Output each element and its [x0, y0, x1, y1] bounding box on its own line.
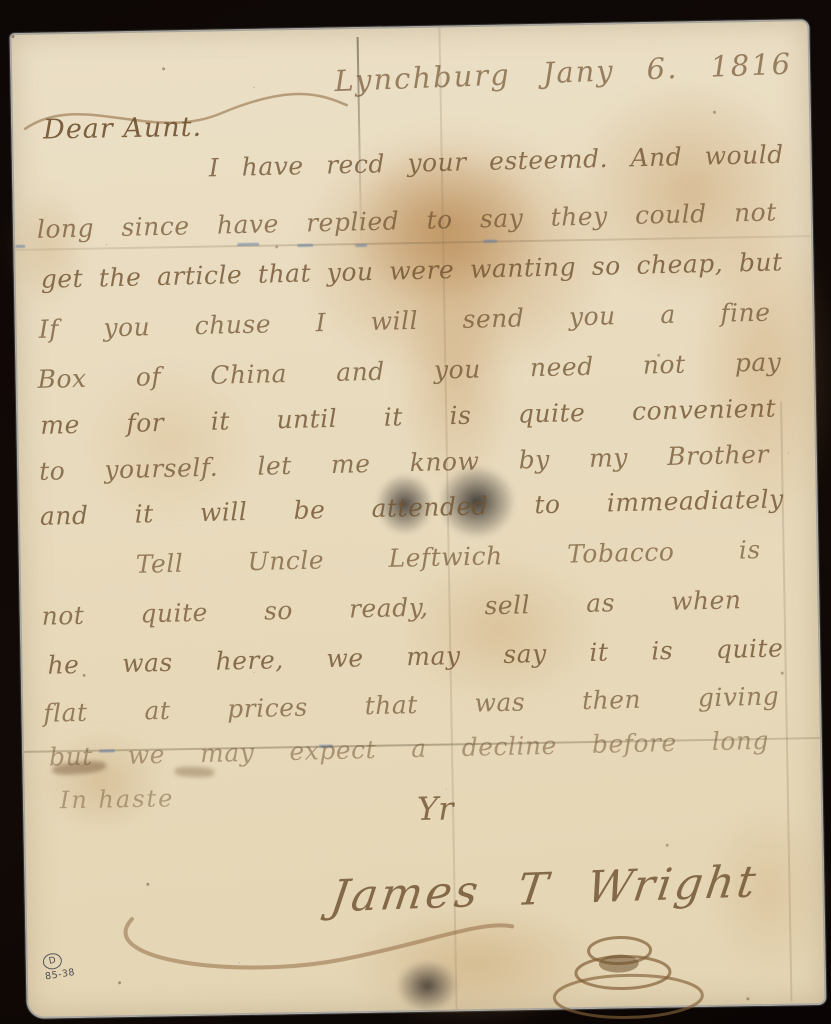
blue-mark [297, 244, 313, 247]
body-line: to yourself. let me know by my Brother [39, 440, 769, 486]
blue-mark [15, 245, 25, 248]
salutation: Dear Aunt. [43, 112, 202, 146]
paper-specks [11, 35, 14, 38]
closing-yr: Yr [417, 789, 454, 828]
closing-in-haste: In haste [60, 784, 175, 814]
body-line: long since have replied to say they coul… [37, 197, 777, 243]
body-line: not quite so ready, sell as when [41, 585, 741, 630]
body-line: get the article that you were wanting so… [40, 247, 782, 293]
archive-circle-letter: D [42, 952, 63, 971]
body-line: If you chuse I will send you a fine [38, 298, 770, 344]
body-line: Box of China and you need not pay [37, 347, 781, 394]
body-line: me for it until it is quite convenient [40, 393, 776, 439]
body-line: flat at prices that was then giving [43, 681, 779, 727]
stain-center-bottom [396, 550, 604, 709]
letter-page: Lynchburg Jany 6. 1816 Dear Aunt. I have… [9, 19, 826, 1019]
body-line: and it will be attended to immeadiately [40, 484, 784, 531]
scan-background: Lynchburg Jany 6. 1816 Dear Aunt. I have… [0, 0, 831, 1024]
blue-mark [355, 244, 367, 247]
ink-flourish [542, 911, 714, 1024]
blue-mark [237, 243, 259, 246]
body-line: Tell Uncle Leftwich Tobacco is [135, 535, 761, 579]
dateline: Lynchburg Jany 6. 1816 [334, 47, 793, 99]
blue-mark [483, 240, 497, 243]
body-line: I have recd your esteemd. And would [209, 140, 785, 183]
body-line: he was here, we may say it is quite [47, 633, 783, 679]
body-line: but we may expect a decline before long [49, 726, 769, 772]
archive-stamp: D 85-38 [42, 950, 76, 982]
